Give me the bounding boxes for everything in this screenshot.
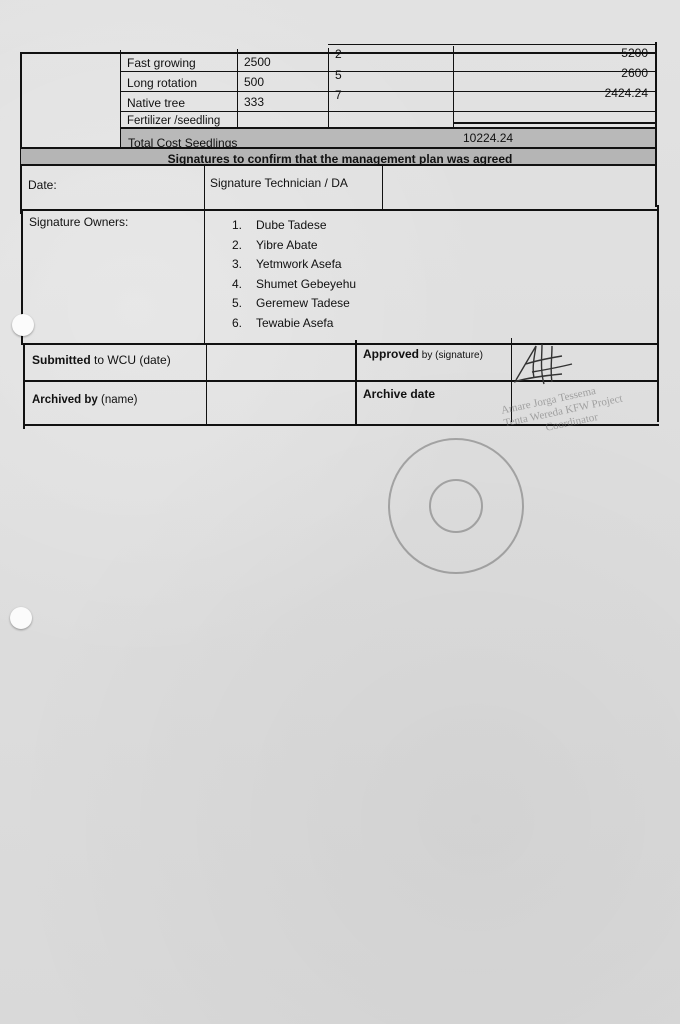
row-unit-price: 7 [335, 88, 342, 102]
seal-emblem-icon [429, 479, 483, 533]
row-label: Long rotation [127, 76, 197, 90]
row-label: Fertilizer /seedling [127, 115, 220, 127]
row-total: 2424.24 [605, 86, 648, 100]
row-quantity: 500 [244, 75, 264, 89]
owner-item: 4.Shumet Gebeyehu [232, 275, 356, 295]
owners-label: Signature Owners: [29, 215, 128, 229]
owners-list: 1.Dube Tadese 2.Yibre Abate 3.Yetmwork A… [232, 216, 356, 333]
archived-label: Archived by (name) [32, 394, 137, 406]
technician-signature-label: Signature Technician / DA [210, 176, 348, 190]
total-value: 10224.24 [463, 131, 513, 145]
row-total: 5200 [621, 46, 648, 60]
approver-signature [512, 340, 578, 386]
date-field[interactable] [24, 192, 200, 208]
owner-item: 6.Tewabie Asefa [232, 314, 356, 334]
row-quantity: 2500 [244, 55, 271, 69]
submitted-date-field[interactable] [208, 346, 353, 378]
archived-by-field[interactable] [208, 384, 353, 422]
submitted-label: Submitted to WCU (date) [32, 353, 171, 367]
punch-hole [10, 607, 32, 629]
punch-hole [12, 314, 34, 336]
row-label: Fast growing [127, 56, 196, 70]
date-label: Date: [28, 178, 57, 192]
row-quantity: 333 [244, 95, 264, 109]
office-seal-stamp [388, 438, 524, 574]
row-unit-price: 2 [335, 47, 342, 61]
owner-item: 2.Yibre Abate [232, 236, 356, 256]
row-total: 2600 [621, 66, 648, 80]
row-unit-price: 5 [335, 68, 342, 82]
owner-item: 5.Geremew Tadese [232, 294, 356, 314]
technician-signature-field[interactable] [384, 167, 654, 207]
owner-item: 3.Yetmwork Asefa [232, 255, 356, 275]
owner-item: 1.Dube Tadese [232, 216, 356, 236]
signatures-heading: Signatures to confirm that the managemen… [0, 152, 680, 166]
archive-date-label: Archive date [363, 387, 435, 401]
row-label: Native tree [127, 96, 185, 110]
approved-label: Approved by (signature) [363, 347, 483, 361]
